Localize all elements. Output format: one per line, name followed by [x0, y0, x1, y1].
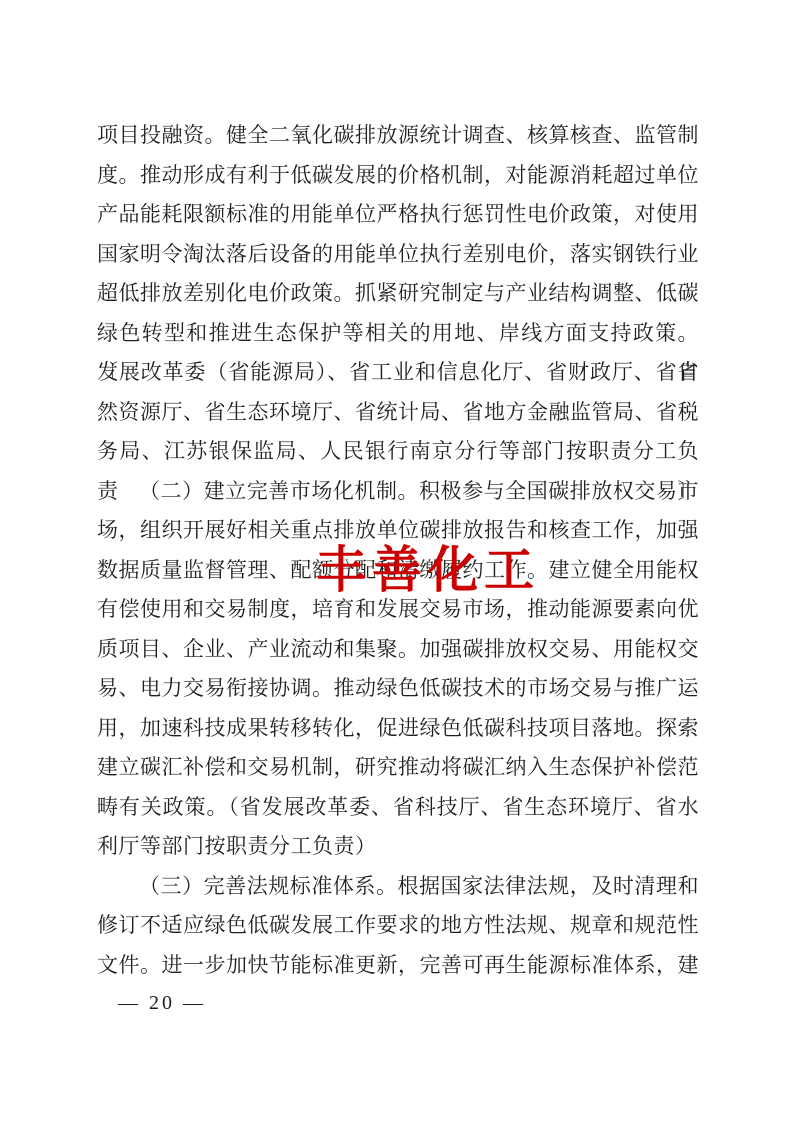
text-line: 超低排放差别化电价政策。抓紧研究制定与产业结构调整、低碳 [97, 274, 699, 314]
text-line: 项目投融资。健全二氧化碳排放源统计调查、核算核查、监管制 [97, 116, 699, 156]
text-line: 度。推动形成有利于低碳发展的价格机制，对能源消耗超过单位 [97, 156, 699, 196]
text-line: 质项目、企业、产业流动和集聚。加强碳排放权交易、用能权交 [97, 630, 699, 670]
text-line: 易、电力交易衔接协调。推动绿色低碳技术的市场交易与推广运 [97, 669, 699, 709]
text-line: 修订不适应绿色低碳发展工作要求的地方性法规、规章和规范性 [97, 906, 699, 946]
text-line: 发展改革委（省能源局）、省工业和信息化厅、省财政厅、省自 [97, 353, 699, 393]
text-line: 然资源厅、省生态环境厅、省统计局、省地方金融监管局、省税 [97, 393, 699, 433]
text-line: 务局、江苏银保监局、人民银行南京分行等部门按职责分工负责〕 [97, 432, 699, 472]
text-line: 建立碳汇补偿和交易机制，研究推动将碳汇纳入生态保护补偿范 [97, 748, 699, 788]
text-line: 绿色转型和推进生态保护等相关的用地、岸线方面支持政策。〔省 [97, 314, 699, 354]
text-line: 国家明令淘汰落后设备的用能单位执行差别电价，落实钢铁行业 [97, 235, 699, 275]
text-line: 畴有关政策。（省发展改革委、省科技厅、省生态环境厅、省水 [97, 788, 699, 828]
text-line-paragraph-start: （三）完善法规标准体系。根据国家法律法规，及时清理和 [97, 867, 699, 907]
document-page: 项目投融资。健全二氧化碳排放源统计调查、核算核查、监管制 度。推动形成有利于低碳… [0, 0, 794, 1123]
text-line: 产品能耗限额标准的用能单位严格执行惩罚性电价政策，对使用 [97, 195, 699, 235]
text-line: 文件。进一步加快节能标准更新，完善可再生能源标准体系，建 [97, 946, 699, 986]
text-line-paragraph-start: （二）建立完善市场化机制。积极参与全国碳排放权交易市 [97, 472, 699, 512]
page-number: — 20 — [118, 992, 206, 1015]
text-line: 利厅等部门按职责分工负责） [97, 827, 699, 867]
watermark-stamp: 丰善化工 [316, 530, 540, 602]
text-line: 用，加速科技成果转移转化，促进绿色低碳科技项目落地。探索 [97, 709, 699, 749]
